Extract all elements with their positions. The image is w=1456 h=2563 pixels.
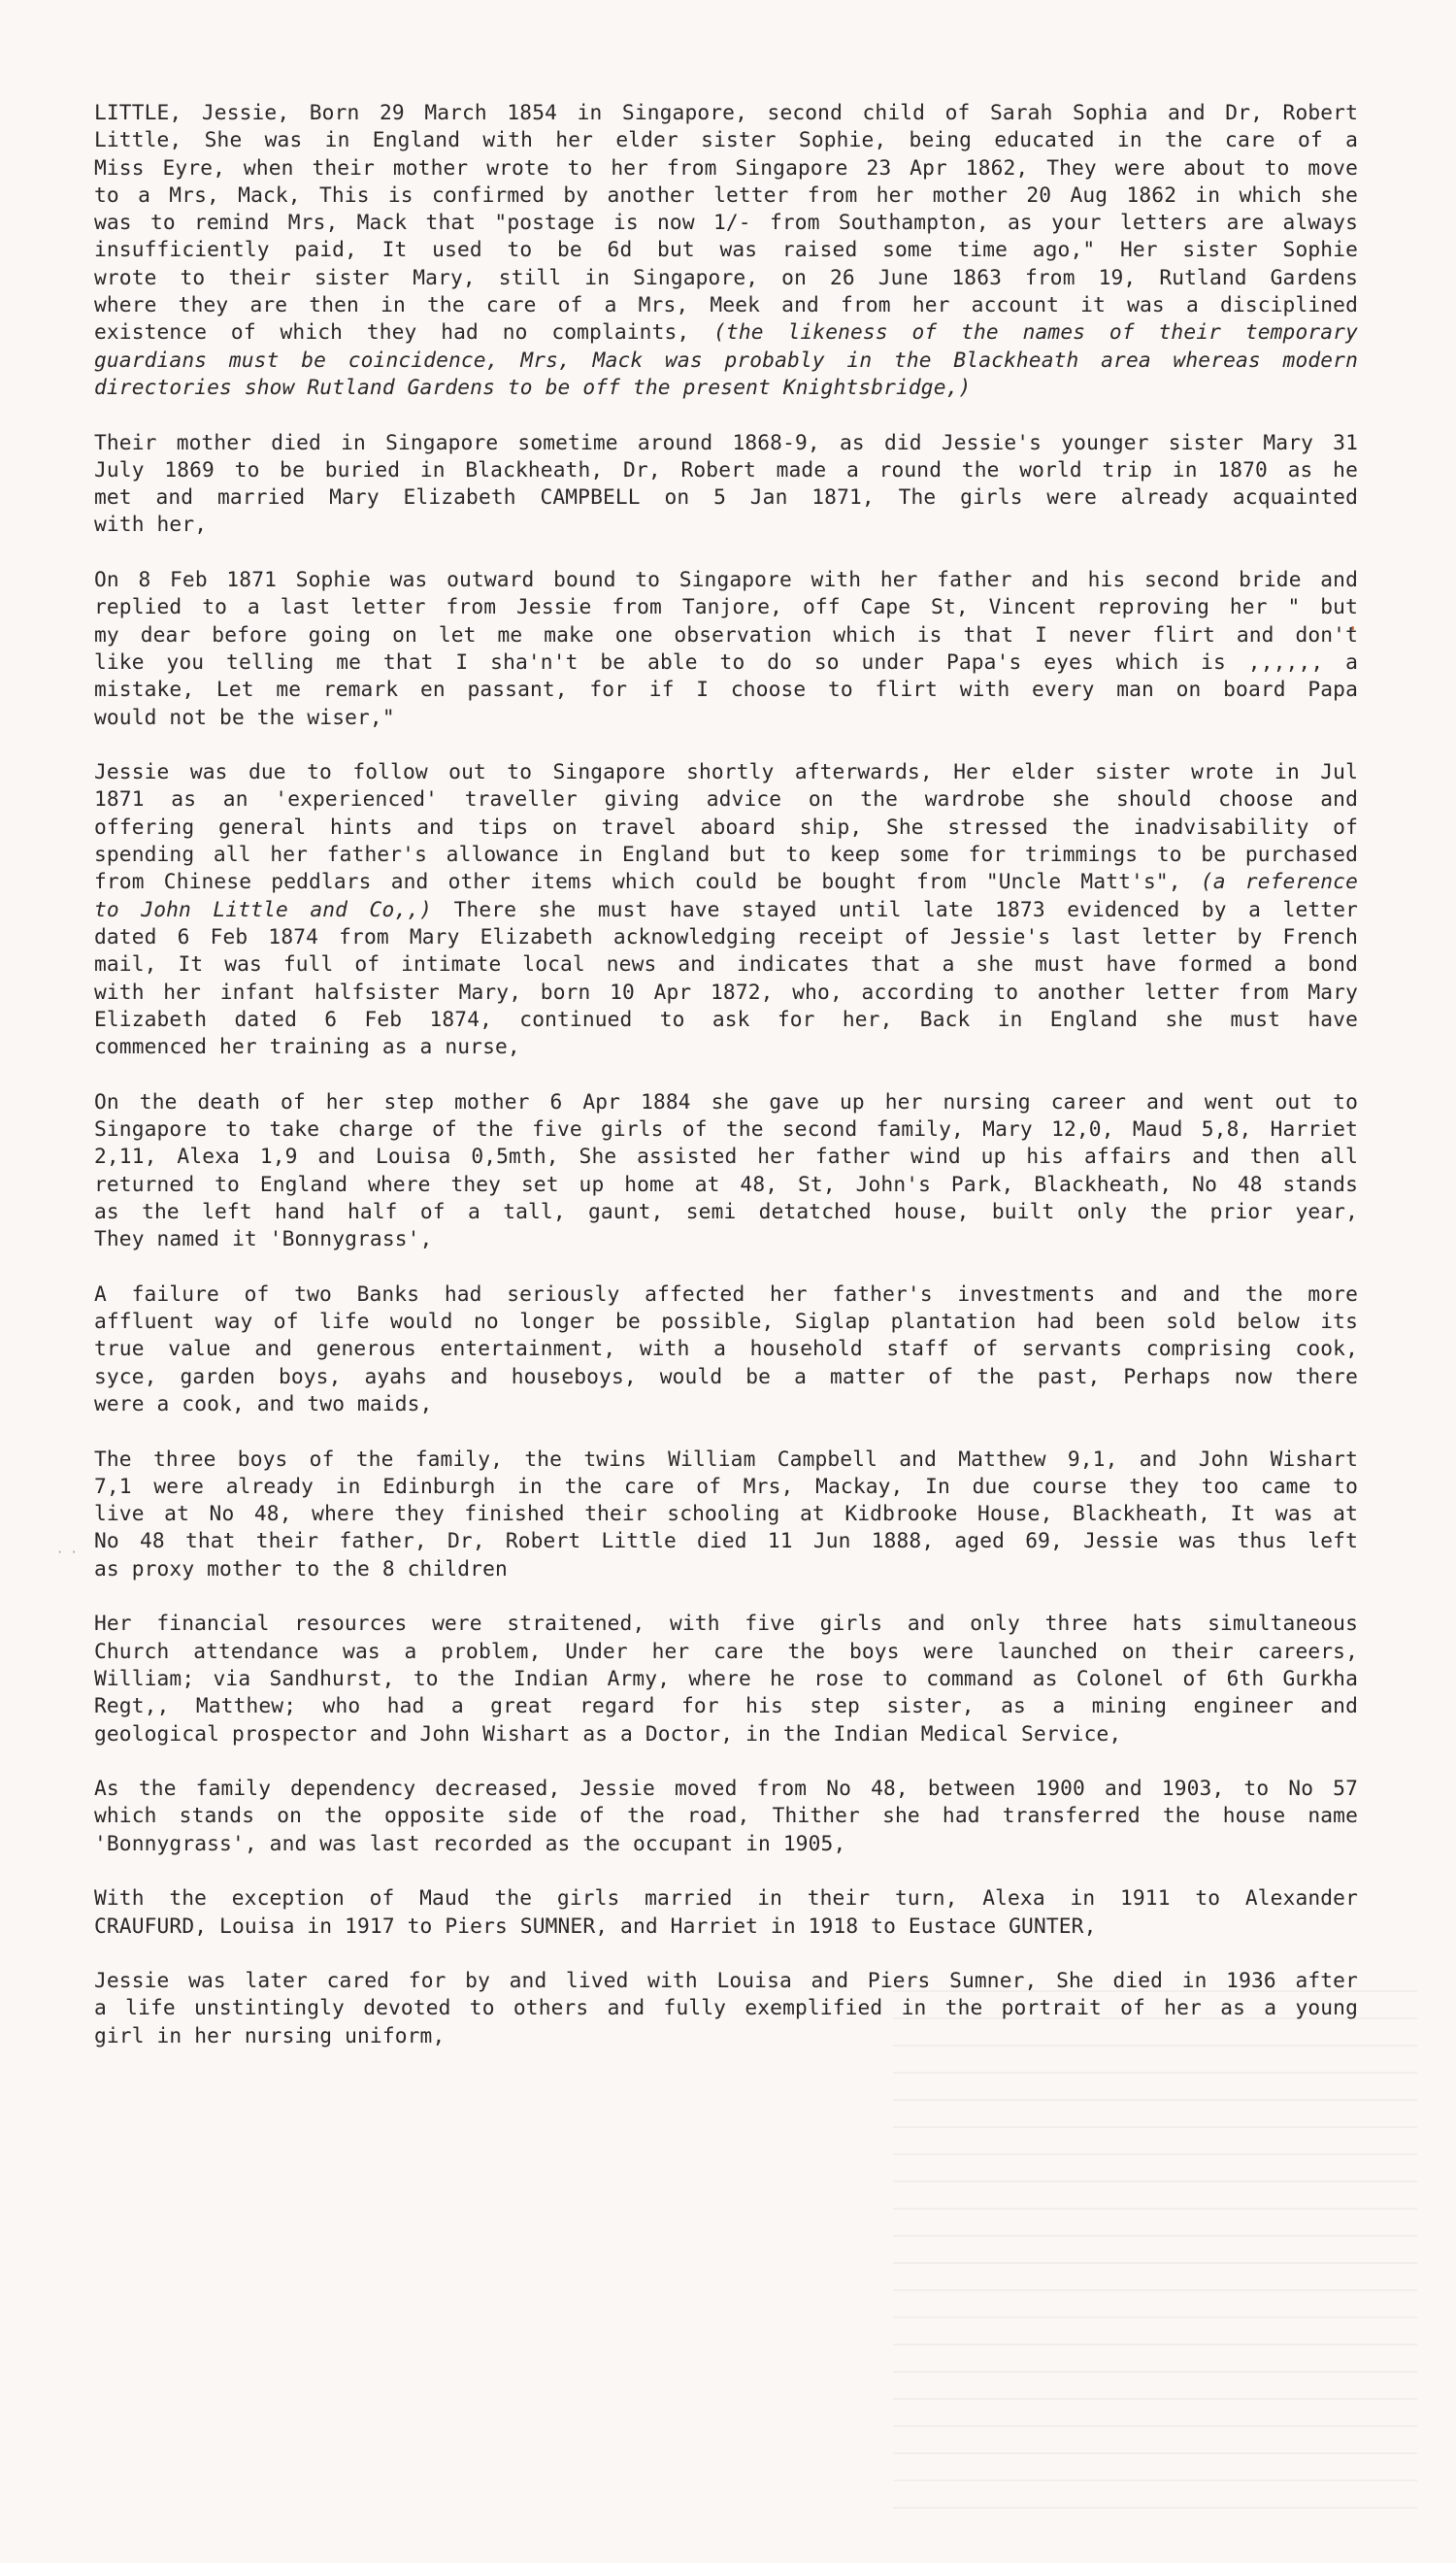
italic-aside-text: directories show Rutland Gardens to be o… — [94, 375, 971, 399]
text-line: Little, She was in England with her elde… — [94, 126, 1358, 153]
body-text: Her financial resources were straitened,… — [94, 1611, 1358, 1635]
italic-aside-text: (a reference — [1201, 869, 1358, 893]
text-line: William; via Sandhurst, to the Indian Ar… — [94, 1665, 1358, 1692]
body-text: As the family dependency decreased, Jess… — [94, 1776, 1358, 1800]
italic-aside-text: to John Little and Co,,) — [94, 897, 432, 921]
text-line: Singapore to take charge of the five gir… — [94, 1115, 1358, 1143]
body-text: Little, She was in England with her elde… — [94, 127, 1358, 151]
paragraph: LITTLE, Jessie, Born 29 March 1854 in Si… — [94, 99, 1358, 401]
text-line: commenced her training as a nurse, — [94, 1033, 1358, 1060]
text-line: As the family dependency decreased, Jess… — [94, 1775, 1358, 1802]
body-text: live at No 48, where they finished their… — [94, 1501, 1358, 1525]
text-line: where they are then in the care of a Mrs… — [94, 291, 1358, 318]
body-text: syce, garden boys, ayahs and houseboys, … — [94, 1364, 1358, 1388]
body-text: William; via Sandhurst, to the Indian Ar… — [94, 1666, 1358, 1690]
body-text: replied to a last letter from Jessie fro… — [94, 594, 1358, 618]
body-text: 1871 as an 'experienced' traveller givin… — [94, 786, 1358, 811]
text-line: met and married Mary Elizabeth CAMPBELL … — [94, 483, 1358, 511]
body-text: which stands on the opposite side of the… — [94, 1803, 1358, 1827]
text-line: mistake, Let me remark en passant, for i… — [94, 676, 1358, 703]
body-text: wrote to their sister Mary, still in Sin… — [94, 265, 1358, 289]
body-text: spending all her father's allowance in E… — [94, 842, 1358, 866]
text-line: wrote to their sister Mary, still in Sin… — [94, 264, 1358, 291]
text-line: was to remind Mrs, Mack that "postage is… — [94, 209, 1358, 236]
body-text: mail, It was full of intimate local news… — [94, 951, 1358, 976]
body-text: commenced her training as a nurse, — [94, 1034, 520, 1058]
paragraph: A failure of two Banks had seriously aff… — [94, 1281, 1358, 1417]
text-line: replied to a last letter from Jessie fro… — [94, 593, 1358, 620]
body-text: The three boys of the family, the twins … — [94, 1447, 1358, 1471]
body-text: offering general hints and tips on trave… — [94, 815, 1358, 839]
body-text: Singapore to take charge of the five gir… — [94, 1116, 1358, 1141]
text-line: live at No 48, where they finished their… — [94, 1500, 1358, 1527]
body-text: A failure of two Banks had seriously aff… — [94, 1281, 1358, 1306]
body-text: Miss Eyre, when their mother wrote to he… — [94, 155, 1358, 180]
body-text: existence of which they had no complaint… — [94, 319, 713, 344]
paragraph: On the death of her step mother 6 Apr 18… — [94, 1088, 1358, 1253]
text-line: to John Little and Co,,) There she must … — [94, 896, 1358, 923]
text-line: Elizabeth dated 6 Feb 1874, continued to… — [94, 1006, 1358, 1033]
margin-mark: · · — [56, 1546, 78, 1559]
typewritten-document-page: LITTLE, Jessie, Born 29 March 1854 in Si… — [94, 99, 1358, 2077]
body-text: returned to England where they set up ho… — [94, 1172, 1358, 1196]
text-line: Her financial resources were straitened,… — [94, 1610, 1358, 1637]
text-line: On the death of her step mother 6 Apr 18… — [94, 1088, 1358, 1115]
body-text: like you telling me that I sha'n't be ab… — [94, 649, 1358, 674]
body-text: was to remind Mrs, Mack that "postage is… — [94, 210, 1358, 234]
paragraph: As the family dependency decreased, Jess… — [94, 1775, 1358, 1857]
text-line: 1871 as an 'experienced' traveller givin… — [94, 785, 1358, 813]
body-text: Jessie was due to follow out to Singapor… — [94, 759, 1358, 783]
text-line: a life unstintingly devoted to others an… — [94, 1994, 1358, 2021]
body-text: true value and generous entertainment, w… — [94, 1336, 1358, 1360]
text-line: true value and generous entertainment, w… — [94, 1335, 1358, 1362]
text-line: LITTLE, Jessie, Born 29 March 1854 in Si… — [94, 99, 1358, 126]
text-line: The three boys of the family, the twins … — [94, 1446, 1358, 1473]
body-text: affluent way of life would no longer be … — [94, 1309, 1358, 1333]
body-text: as the left hand half of a tall, gaunt, … — [94, 1199, 1358, 1223]
text-line: dated 6 Feb 1874 from Mary Elizabeth ack… — [94, 923, 1358, 950]
body-text: Church attendance was a problem, Under h… — [94, 1639, 1358, 1663]
paragraph: Jessie was later cared for by and lived … — [94, 1967, 1358, 2049]
body-text: 7,1 were already in Edinburgh in the car… — [94, 1474, 1358, 1498]
body-text: There she must have stayed until late 18… — [432, 897, 1358, 921]
text-line: my dear before going on let me make one … — [94, 621, 1358, 649]
body-text: from Chinese peddlars and other items wh… — [94, 869, 1201, 893]
text-line: to a Mrs, Mack, This is confirmed by ano… — [94, 182, 1358, 209]
body-text: No 48 that their father, Dr, Robert Litt… — [94, 1528, 1358, 1552]
text-line: Church attendance was a problem, Under h… — [94, 1638, 1358, 1665]
text-line: insufficiently paid, It used to be 6d bu… — [94, 236, 1358, 263]
body-text: insufficiently paid, It used to be 6d bu… — [94, 237, 1358, 261]
body-text: With the exception of Maud the girls mar… — [94, 1885, 1358, 1910]
text-line: mail, It was full of intimate local news… — [94, 950, 1358, 978]
text-line: returned to England where they set up ho… — [94, 1171, 1358, 1198]
body-text: as proxy mother to the 8 children — [94, 1556, 508, 1581]
body-text: to a Mrs, Mack, This is confirmed by ano… — [94, 183, 1358, 207]
italic-aside-text: (the likeness of the names of their temp… — [713, 319, 1358, 344]
text-line: They named it 'Bonnygrass', — [94, 1225, 1358, 1252]
body-text: 2,11, Alexa 1,9 and Louisa 0,5mth, She a… — [94, 1144, 1358, 1168]
body-text: geological prospector and John Wishart a… — [94, 1721, 1121, 1746]
body-text: would not be the wiser," — [94, 705, 395, 729]
text-line: existence of which they had no complaint… — [94, 318, 1358, 346]
body-text: mistake, Let me remark en passant, for i… — [94, 677, 1358, 701]
body-text: with her infant halfsister Mary, born 10… — [94, 980, 1358, 1004]
text-line: offering general hints and tips on trave… — [94, 814, 1358, 841]
text-line: guardians must be coincidence, Mrs, Mack… — [94, 347, 1358, 374]
text-line: Miss Eyre, when their mother wrote to he… — [94, 154, 1358, 182]
body-text: girl in her nursing uniform, — [94, 2023, 445, 2047]
text-line: 7,1 were already in Edinburgh in the car… — [94, 1473, 1358, 1500]
body-text: Elizabeth dated 6 Feb 1874, continued to… — [94, 1007, 1358, 1031]
body-text: my dear before going on let me make one … — [94, 622, 1358, 647]
paragraph: On 8 Feb 1871 Sophie was outward bound t… — [94, 566, 1358, 731]
body-text: Their mother died in Singapore sometime … — [94, 430, 1358, 454]
text-line: Their mother died in Singapore sometime … — [94, 429, 1358, 456]
body-text: 'Bonnygrass', and was last recorded as t… — [94, 1831, 845, 1855]
body-text: dated 6 Feb 1874 from Mary Elizabeth ack… — [94, 924, 1358, 949]
text-line: 2,11, Alexa 1,9 and Louisa 0,5mth, She a… — [94, 1143, 1358, 1170]
body-text: July 1869 to be buried in Blackheath, Dr… — [94, 457, 1358, 482]
text-line: 'Bonnygrass', and was last recorded as t… — [94, 1830, 1358, 1857]
text-line: affluent way of life would no longer be … — [94, 1308, 1358, 1335]
text-line: With the exception of Maud the girls mar… — [94, 1884, 1358, 1912]
text-line: girl in her nursing uniform, — [94, 2022, 1358, 2049]
text-line: No 48 that their father, Dr, Robert Litt… — [94, 1527, 1358, 1554]
body-text: met and married Mary Elizabeth CAMPBELL … — [94, 484, 1358, 509]
text-line: like you telling me that I sha'n't be ab… — [94, 649, 1358, 676]
text-line: directories show Rutland Gardens to be o… — [94, 374, 1358, 401]
text-line: would not be the wiser," — [94, 704, 1358, 731]
text-line: were a cook, and two maids, — [94, 1390, 1358, 1417]
text-line: Regt,, Matthew; who had a great regard f… — [94, 1692, 1358, 1719]
text-line: with her infant halfsister Mary, born 10… — [94, 979, 1358, 1006]
body-text: LITTLE, Jessie, Born 29 March 1854 in Si… — [94, 100, 1358, 124]
body-text: were a cook, and two maids, — [94, 1391, 432, 1415]
body-text: On the death of her step mother 6 Apr 18… — [94, 1089, 1358, 1114]
text-line: from Chinese peddlars and other items wh… — [94, 868, 1358, 895]
paragraph: Her financial resources were straitened,… — [94, 1610, 1358, 1747]
text-line: Jessie was due to follow out to Singapor… — [94, 758, 1358, 785]
paragraph: The three boys of the family, the twins … — [94, 1446, 1358, 1582]
paragraph: Their mother died in Singapore sometime … — [94, 429, 1358, 539]
text-line: which stands on the opposite side of the… — [94, 1802, 1358, 1829]
body-text: where they are then in the care of a Mrs… — [94, 292, 1358, 316]
text-line: A failure of two Banks had seriously aff… — [94, 1281, 1358, 1308]
body-text: They named it 'Bonnygrass', — [94, 1226, 432, 1250]
text-line: July 1869 to be buried in Blackheath, Dr… — [94, 456, 1358, 483]
text-line: geological prospector and John Wishart a… — [94, 1720, 1358, 1747]
text-line: with her, — [94, 511, 1358, 538]
text-line: CRAUFURD, Louisa in 1917 to Piers SUMNER… — [94, 1913, 1358, 1940]
body-text: with her, — [94, 512, 207, 536]
text-line: Jessie was later cared for by and lived … — [94, 1967, 1358, 1994]
body-text: Regt,, Matthew; who had a great regard f… — [94, 1693, 1358, 1717]
text-line: spending all her father's allowance in E… — [94, 841, 1358, 868]
text-line: On 8 Feb 1871 Sophie was outward bound t… — [94, 566, 1358, 593]
text-line: as proxy mother to the 8 children — [94, 1555, 1358, 1582]
italic-aside-text: guardians must be coincidence, Mrs, Mack… — [94, 348, 1358, 372]
body-text: a life unstintingly devoted to others an… — [94, 1995, 1358, 2019]
body-text: Jessie was later cared for by and lived … — [94, 1968, 1358, 1992]
text-line: as the left hand half of a tall, gaunt, … — [94, 1198, 1358, 1225]
body-text: CRAUFURD, Louisa in 1917 to Piers SUMNER… — [94, 1914, 1096, 1938]
text-line: syce, garden boys, ayahs and houseboys, … — [94, 1363, 1358, 1390]
paragraph: Jessie was due to follow out to Singapor… — [94, 758, 1358, 1060]
paragraph: With the exception of Maud the girls mar… — [94, 1884, 1358, 1940]
body-text: On 8 Feb 1871 Sophie was outward bound t… — [94, 567, 1358, 591]
